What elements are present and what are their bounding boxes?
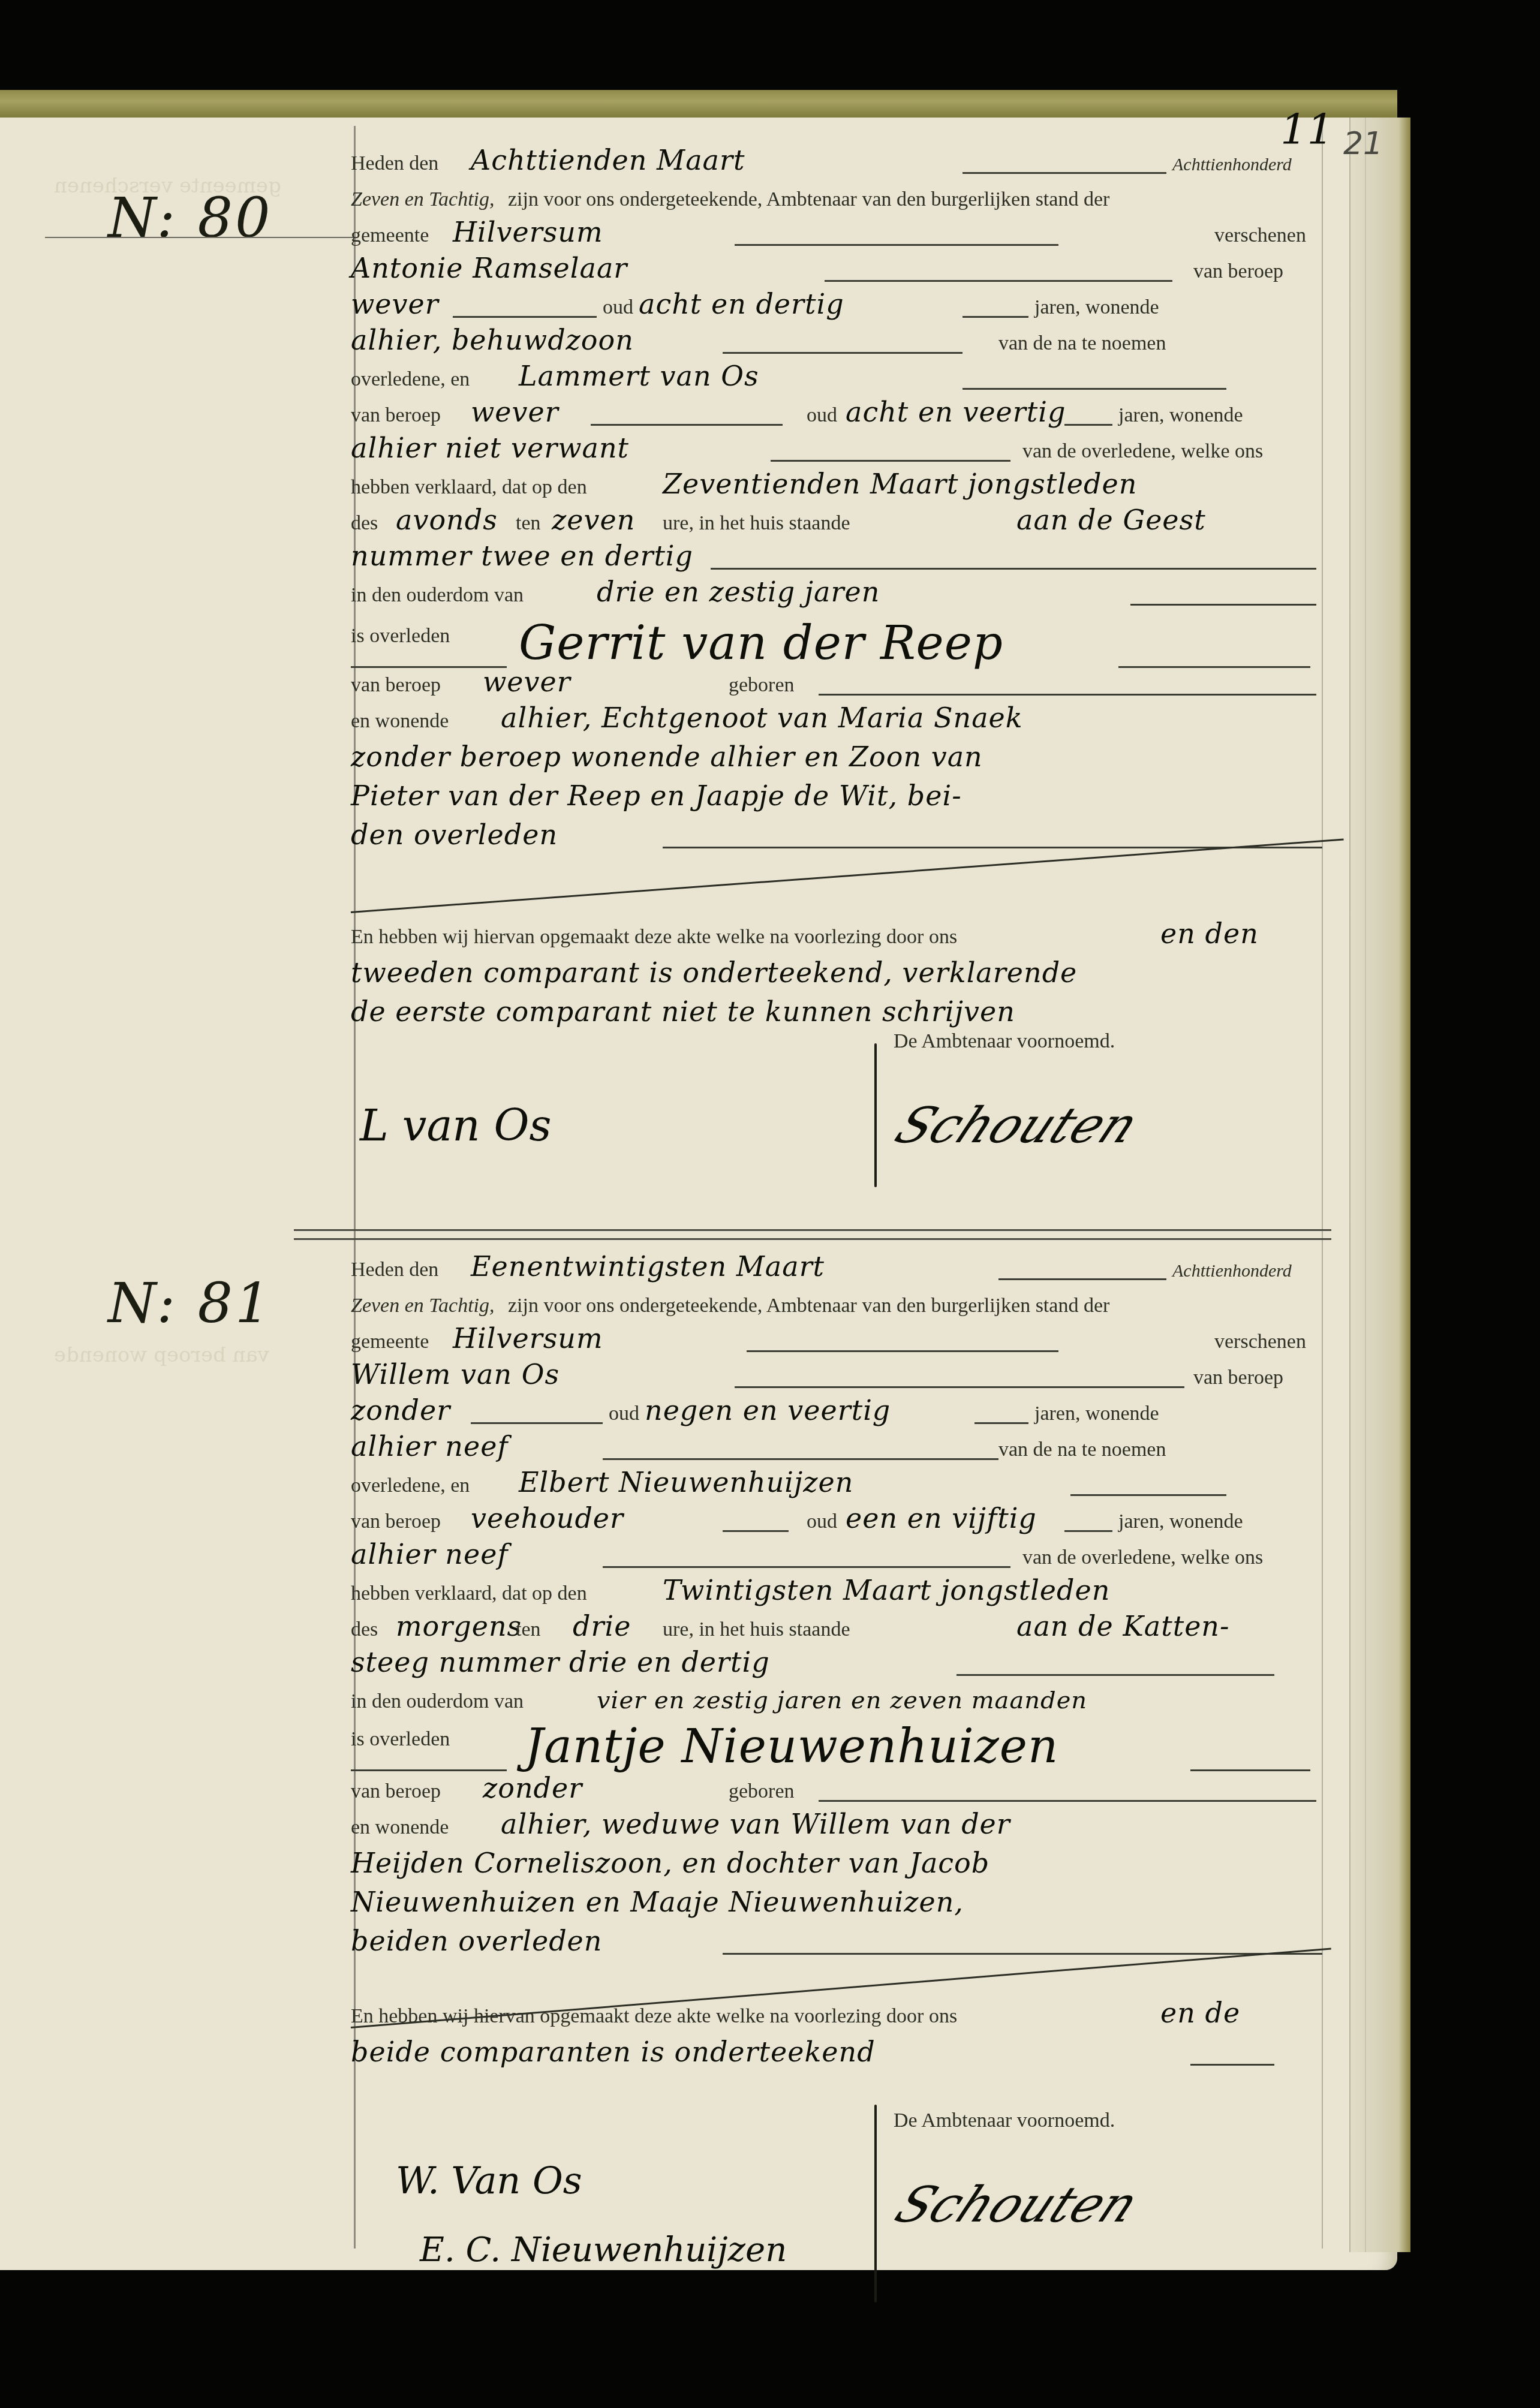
row-death-date: hebben verklaard, dat op den Twintigsten…: [351, 1574, 1322, 1609]
row-residence-4: beiden overleden: [351, 1925, 1322, 1959]
row-declarant2: overledene, en Lammert van Os: [351, 360, 1322, 395]
death-date: Zeventienden Maart jongstleden: [663, 468, 1137, 500]
row-closing: En hebben wij hiervan opgemaakt deze akt…: [351, 1997, 1322, 2031]
declarant1-name: Antonie Ramselaar: [351, 252, 627, 284]
row-death-time: des avonds ten zeven ure, in het huis st…: [351, 504, 1322, 538]
record-separator: [294, 1229, 1331, 1240]
show-through-text: van beroep wonende: [54, 1343, 269, 1367]
row-age: in den ouderdom van vier en zestig jaren…: [351, 1682, 1322, 1717]
record-number-underline: [45, 237, 357, 238]
row-death-date: hebben verklaard, dat op den Zeventiende…: [351, 468, 1322, 502]
official-label: De Ambtenaar voornoemd.: [894, 1030, 1115, 1053]
row-residence-3: Pieter van der Reep en Jaapje de Wit, be…: [351, 779, 1322, 814]
row-address: steeg nummer drie en dertig: [351, 1646, 1322, 1681]
record-number: N: 81: [108, 1271, 273, 1335]
row-date: Heden den Achttienden Maart Achttienhond…: [351, 144, 1322, 179]
signature-declarant-1: W. Van Os: [396, 2159, 582, 2202]
row-deceased: is overleden Gerrit van der Reep: [351, 618, 1322, 666]
declarant2-name: Lammert van Os: [519, 360, 759, 392]
signature-official: Schouten: [886, 2177, 1148, 2234]
row-deceased: is overleden Jantje Nieuwenhuizen: [351, 1721, 1322, 1769]
book-binding-top: [0, 90, 1397, 119]
row-address: nummer twee en dertig: [351, 540, 1322, 574]
row-declarant1-details: zonder oud negen en veertig jaren, wonen…: [351, 1394, 1322, 1429]
deceased-age: vier en zestig jaren en zeven maanden: [597, 1687, 1087, 1714]
row-closing-3: de eerste comparant niet te kunnen schri…: [351, 995, 1322, 1030]
deceased-name: Jantje Nieuwenhuizen: [525, 1720, 1058, 1774]
row-intro: Zeven en Tachtig, zijn voor ons onderget…: [351, 1286, 1322, 1321]
row-closing-2: tweeden comparant is onderteekend, verkl…: [351, 956, 1322, 991]
row-age: in den ouderdom van drie en zestig jaren: [351, 576, 1322, 610]
row-gemeente: gemeente Hilversum verschenen: [351, 216, 1322, 251]
record-date: Eenentwintigsten Maart: [471, 1250, 825, 1283]
row-residence-1: en wonende alhier, Echtgenoot van Maria …: [351, 702, 1322, 736]
row-declarant2-details: van beroep veehouder oud een en vijftig …: [351, 1502, 1322, 1537]
row-residence-2: Heijden Corneliszoon, en dochter van Jac…: [351, 1847, 1322, 1882]
row-gemeente: gemeente Hilversum verschenen: [351, 1322, 1322, 1357]
row-residence-4: den overleden: [351, 818, 1322, 853]
row-death-time: des morgens ten drie ure, in het huis st…: [351, 1610, 1322, 1645]
signature-declarant: L van Os: [360, 1100, 552, 1151]
row-declarant1-residence: alhier neef van de na te noemen: [351, 1430, 1322, 1465]
signature-declarant-2: E. C. Nieuwenhuijzen: [420, 2231, 787, 2269]
record-date: Achttienden Maart: [471, 144, 745, 176]
row-declarant1-residence: alhier, behuwdzoon van de na te noemen: [351, 324, 1322, 359]
row-deceased-occupation: van beroep zonder geboren: [351, 1772, 1322, 1807]
deceased-name: Gerrit van der Reep: [519, 616, 1003, 670]
row-declarant1: Antonie Ramselaar van beroep: [351, 252, 1322, 287]
row-declarant2-residence: alhier neef van de overledene, welke ons: [351, 1538, 1322, 1573]
row-declarant2-details: van beroep wever oud acht en veertig jar…: [351, 396, 1322, 431]
row-intro: Zeven en Tachtig, zijn voor ons onderget…: [351, 180, 1322, 215]
row-closing-2: beide comparanten is onderteekend: [351, 2036, 1322, 2070]
page-stack-edge: [1349, 118, 1410, 2252]
deceased-age: drie en zestig jaren: [597, 576, 880, 608]
folio-number-pencil: 21: [1343, 126, 1383, 162]
row-declarant2: overledene, en Elbert Nieuwenhuijzen: [351, 1466, 1322, 1501]
signature-official: Schouten: [886, 1097, 1148, 1154]
row-closing: En hebben wij hiervan opgemaakt deze akt…: [351, 917, 1322, 952]
row-declarant1-details: wever oud acht en dertig jaren, wonende: [351, 288, 1322, 323]
row-date: Heden den Eenentwintigsten Maart Achttie…: [351, 1250, 1322, 1285]
row-residence-1: en wonende alhier, weduwe van Willem van…: [351, 1808, 1322, 1843]
row-deceased-occupation: van beroep wever geboren: [351, 666, 1322, 700]
official-label: De Ambtenaar voornoemd.: [894, 2109, 1115, 2132]
row-residence-2: zonder beroep wonende alhier en Zoon van: [351, 741, 1322, 775]
municipality: Hilversum: [453, 216, 603, 248]
municipality: Hilversum: [453, 1322, 603, 1354]
row-residence-3: Nieuwenhuizen en Maaje Nieuwenhuizen,: [351, 1886, 1322, 1921]
record-number: N: 80: [108, 186, 273, 250]
row-declarant1: Willem van Os van beroep: [351, 1358, 1322, 1393]
declarant2-name: Elbert Nieuwenhuijzen: [519, 1466, 853, 1498]
signature-brace: [874, 2105, 877, 2302]
signature-brace: [874, 1043, 877, 1187]
declarant1-name: Willem van Os: [351, 1358, 560, 1390]
death-date: Twintigsten Maart jongstleden: [663, 1574, 1110, 1606]
row-declarant2-residence: alhier niet verwant van de overledene, w…: [351, 432, 1322, 466]
